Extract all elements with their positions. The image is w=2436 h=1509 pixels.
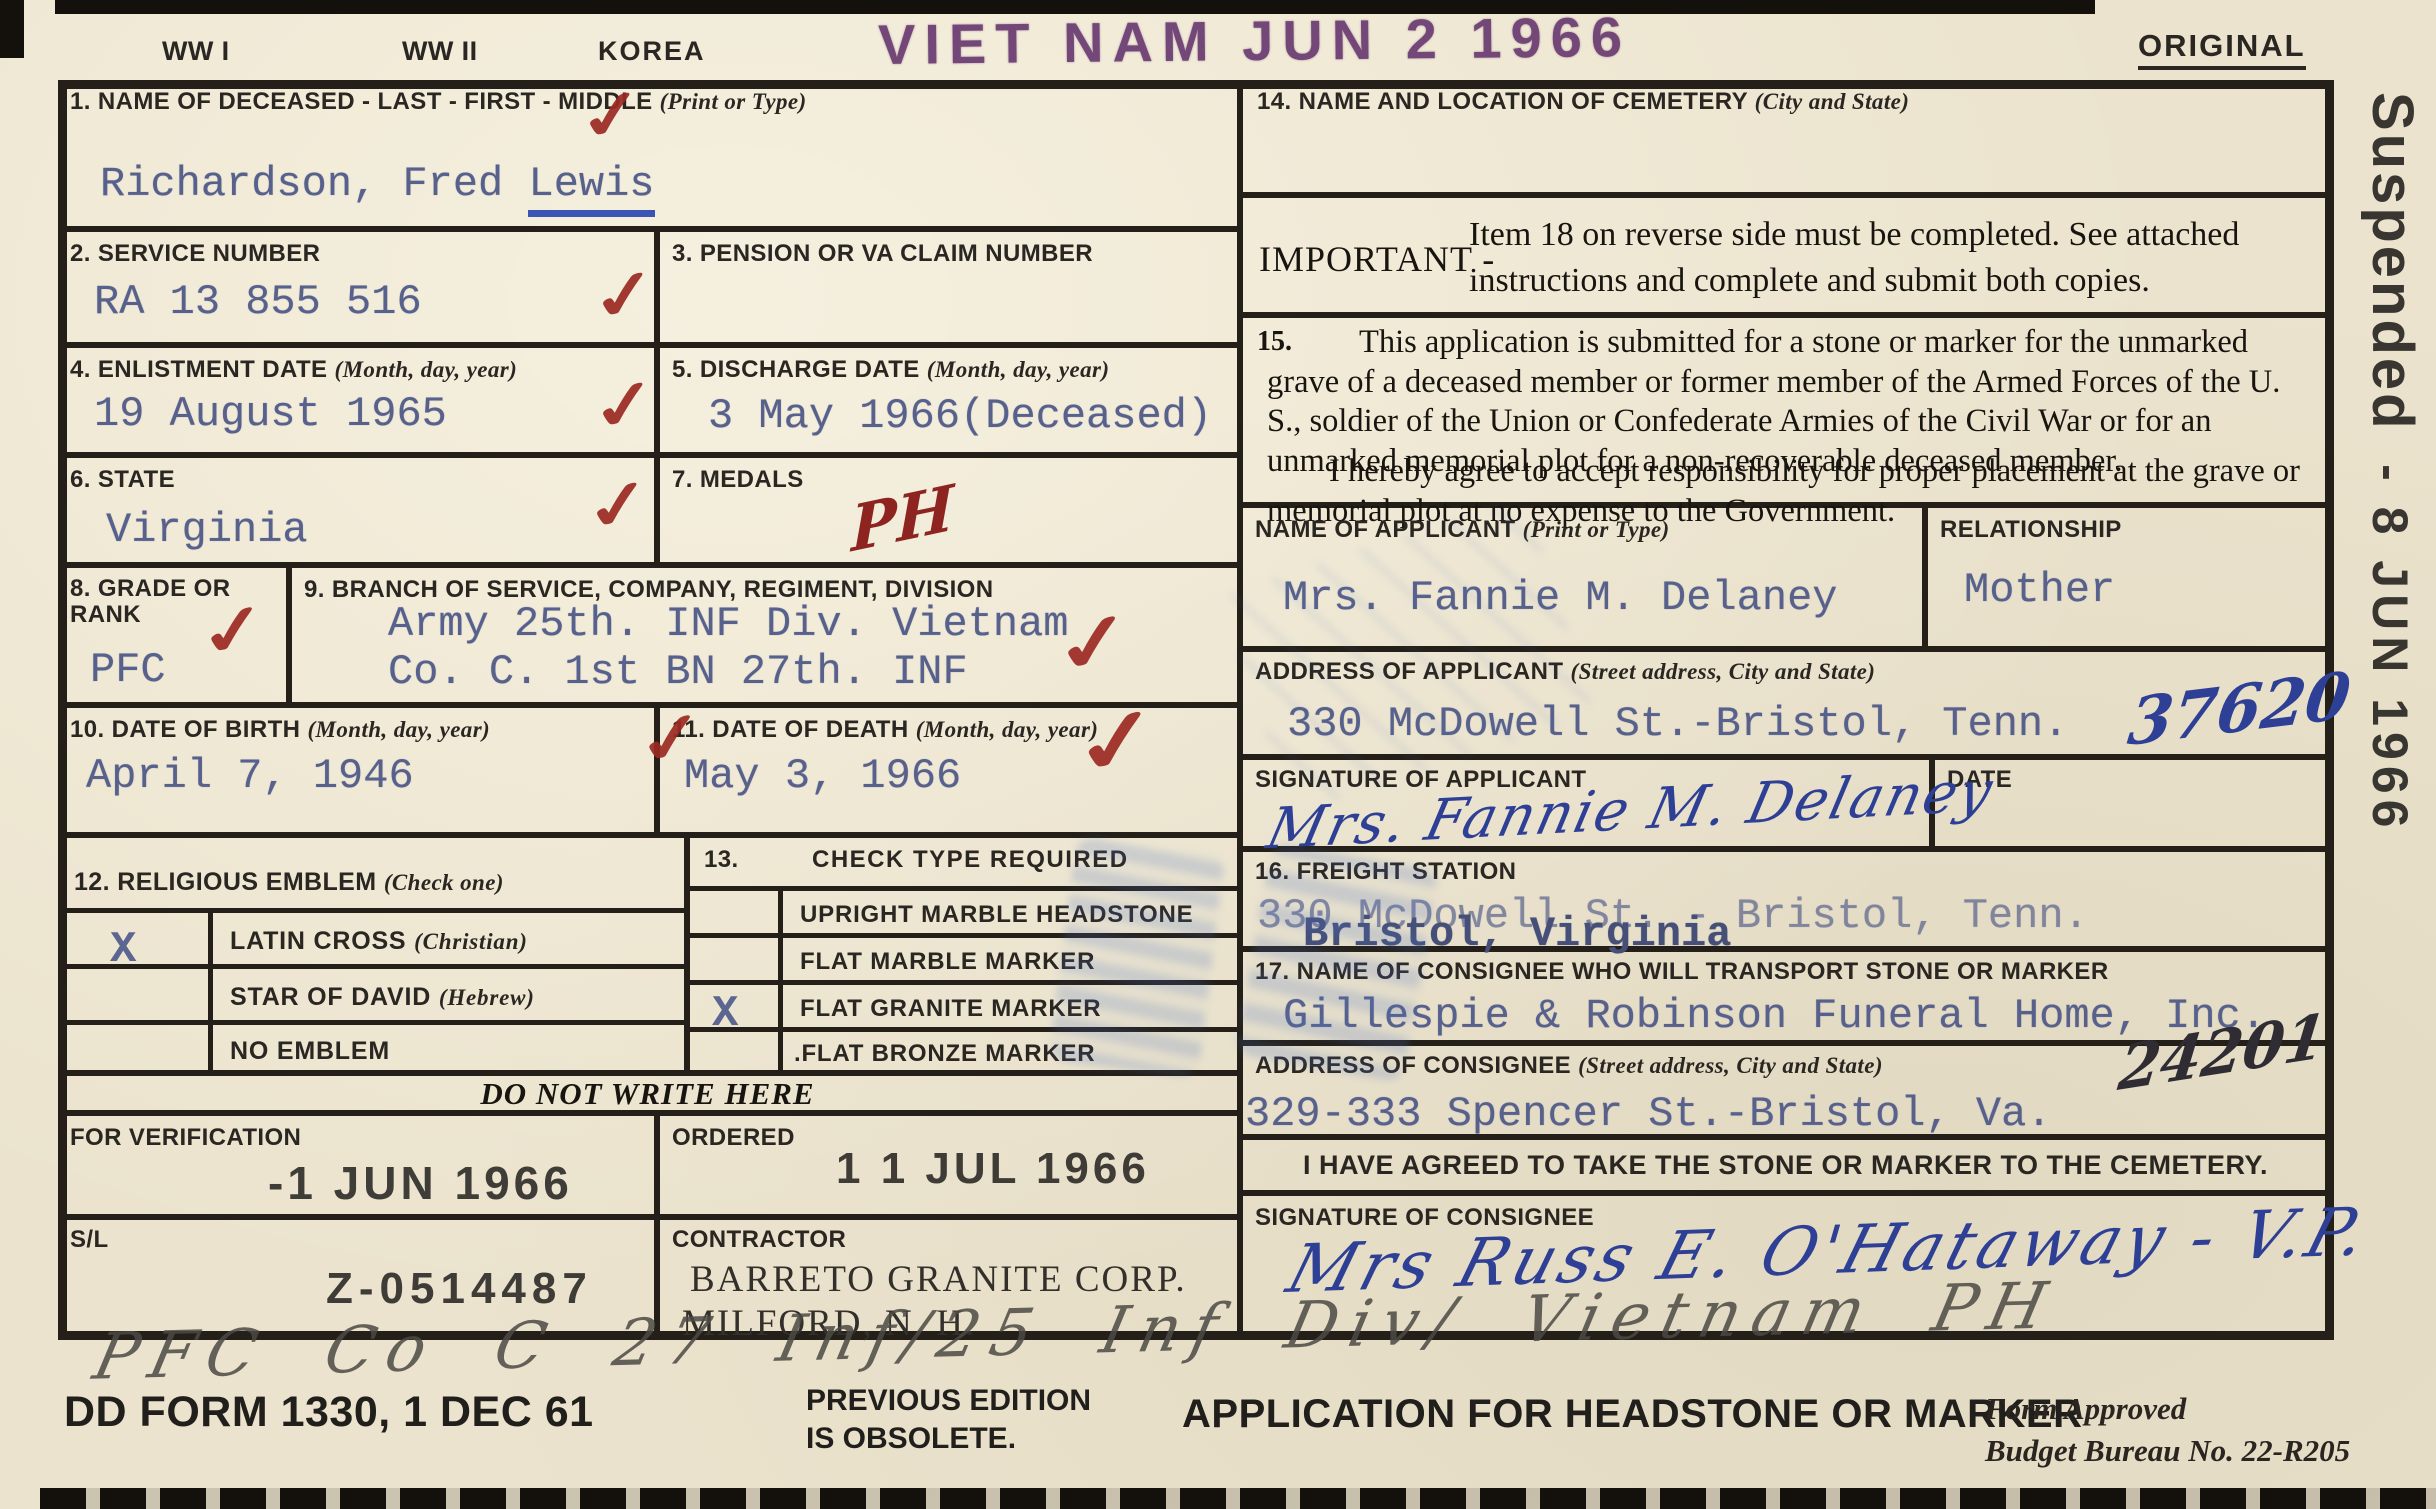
enlistment-date-value: 19 August 1965 bbox=[94, 390, 447, 438]
form-title: APPLICATION FOR HEADSTONE OR MARKER bbox=[1182, 1392, 2083, 1437]
red-checkmark: ✓ bbox=[572, 73, 651, 159]
field-enlistment-date: 4. ENLISTMENT DATE (Month, day, year) 19… bbox=[58, 348, 660, 458]
date-of-birth-value: April 7, 1946 bbox=[86, 752, 414, 800]
branch-line2: Co. C. 1st BN 27th. INF bbox=[388, 648, 968, 696]
emblem-row-latin-cross: X LATIN CROSS (Christian) bbox=[58, 908, 684, 964]
checkbox-divider bbox=[208, 1025, 213, 1070]
field-name-of-applicant: NAME OF APPLICANT (Print or Type) Mrs. F… bbox=[1243, 508, 1928, 652]
field-check-type-required: 13. CHECK TYPE REQUIRED UPRIGHT MARBLE H… bbox=[690, 838, 1243, 1076]
red-checkmark: ✓ bbox=[631, 695, 712, 783]
checkbox-divider bbox=[208, 969, 213, 1020]
applicant-address-value: 330 McDowell St.-Bristol, Tenn. bbox=[1287, 700, 2068, 748]
checkbox-divider bbox=[778, 938, 783, 980]
field-pension-claim-number: 3. PENSION OR VA CLAIM NUMBER bbox=[660, 232, 1243, 348]
field-state: 6. STATE Virginia bbox=[58, 458, 660, 568]
red-checkmark: ✓ bbox=[585, 363, 664, 449]
field-freight-station: 16. FREIGHT STATION 330 McDowell St. - B… bbox=[1243, 852, 2334, 952]
freight-station-value: Bristol, Virginia bbox=[1303, 910, 1731, 958]
field-ordered: ORDERED 1 1 JUL 1966 bbox=[660, 1116, 1243, 1220]
budget-approval-note: Form Approved Budget Bureau No. 22-R205 bbox=[1985, 1388, 2350, 1472]
date-of-death-value: May 3, 1966 bbox=[684, 752, 961, 800]
verification-date-stamp: -1 JUN 1966 bbox=[268, 1156, 573, 1210]
previous-edition-note: PREVIOUS EDITION IS OBSOLETE. bbox=[806, 1382, 1091, 1457]
branch-line1: Army 25th. INF Div. Vietnam bbox=[388, 600, 1069, 648]
consignee-name-value: Gillespie & Robinson Funeral Home, Inc. bbox=[1283, 992, 2266, 1040]
checkbox-divider bbox=[208, 913, 213, 964]
emblem-row-star-of-david: STAR OF DAVID (Hebrew) bbox=[58, 964, 684, 1020]
war-label-korea: KOREA bbox=[598, 36, 706, 67]
agreement-band: I HAVE AGREED TO TAKE THE STONE OR MARKE… bbox=[1243, 1140, 2334, 1196]
field-for-verification: FOR VERIFICATION -1 JUN 1966 bbox=[58, 1116, 660, 1220]
field-cemetery-location: 14. NAME AND LOCATION OF CEMETERY (City … bbox=[1243, 80, 2334, 198]
field-medals: 7. MEDALS PH bbox=[660, 458, 1243, 568]
checkbox-divider bbox=[778, 891, 783, 933]
consignee-address-value: 329-333 Spencer St.-Bristol, Va. bbox=[1245, 1090, 2052, 1138]
war-label-ww1: WW I bbox=[162, 36, 230, 67]
field-date-of-birth: 10. DATE OF BIRTH (Month, day, year) Apr… bbox=[58, 708, 660, 838]
red-checkmark: ✓ bbox=[1047, 592, 1141, 693]
red-checkmark: ✓ bbox=[585, 253, 664, 339]
field-service-number: 2. SERVICE NUMBER RA 13 855 516 bbox=[58, 232, 660, 348]
red-checkmark: ✓ bbox=[579, 463, 658, 549]
scanned-form-page: WW I WW II KOREA VIET NAM JUN 2 1966 ORI… bbox=[0, 0, 2436, 1509]
form-number: DD FORM 1330, 1 DEC 61 bbox=[64, 1388, 594, 1437]
important-label: IMPORTANT - bbox=[1259, 238, 1495, 280]
ordered-date-stamp: 1 1 JUL 1966 bbox=[836, 1144, 1150, 1194]
suspended-stamp: Suspended - 8 JUN 1966 bbox=[2348, 92, 2426, 740]
medals-value: PH bbox=[851, 470, 954, 567]
sl-number-value: Z-0514487 bbox=[326, 1264, 593, 1314]
certification-statement: 15. This application is submitted for a … bbox=[1243, 318, 2334, 508]
marker-row-upright-marble: UPRIGHT MARBLE HEADSTONE bbox=[690, 886, 1237, 933]
marker-row-flat-marble: FLAT MARBLE MARKER bbox=[690, 933, 1237, 980]
scan-edge-corner bbox=[0, 0, 24, 58]
field-religious-emblem: 12. RELIGIOUS EMBLEM (Check one) X LATIN… bbox=[58, 838, 690, 1076]
applicant-name-value: Mrs. Fannie M. Delaney bbox=[1283, 574, 1838, 622]
deceased-name-value: Richardson, Fred Lewis bbox=[100, 160, 655, 208]
red-checkmark: ✓ bbox=[193, 587, 274, 675]
field-name-of-deceased: 1. NAME OF DECEASED - LAST - FIRST - MID… bbox=[58, 80, 1243, 232]
vietnam-date-stamp: VIET NAM JUN 2 1966 bbox=[878, 4, 1632, 77]
marker-row-flat-bronze: .FLAT BRONZE MARKER bbox=[690, 1027, 1237, 1070]
relationship-value: Mother bbox=[1964, 566, 2115, 614]
red-checkmark: ✓ bbox=[1065, 685, 1169, 797]
original-label: ORIGINAL bbox=[2138, 28, 2306, 70]
important-text: Item 18 on reverse side must be complete… bbox=[1469, 212, 2314, 304]
field-discharge-date: 5. DISCHARGE DATE (Month, day, year) 3 M… bbox=[660, 348, 1243, 458]
state-value: Virginia bbox=[106, 506, 308, 554]
emblem-row-no-emblem: NO EMBLEM bbox=[58, 1020, 684, 1070]
do-not-write-band: DO NOT WRITE HERE bbox=[58, 1076, 1243, 1116]
service-number-value: RA 13 855 516 bbox=[94, 278, 422, 326]
marker-row-flat-granite: X FLAT GRANITE MARKER bbox=[690, 980, 1237, 1027]
checkbox-divider bbox=[778, 1032, 783, 1070]
discharge-date-value: 3 May 1966(Deceased) bbox=[708, 392, 1212, 440]
war-label-ww2: WW II bbox=[402, 36, 477, 67]
important-notice: IMPORTANT - Item 18 on reverse side must… bbox=[1243, 198, 2334, 318]
checkbox-divider bbox=[778, 985, 783, 1027]
grade-rank-value: PFC bbox=[90, 646, 166, 694]
field-relationship: RELATIONSHIP Mother bbox=[1928, 508, 2334, 652]
scan-edge-bottom bbox=[40, 1488, 2436, 1509]
